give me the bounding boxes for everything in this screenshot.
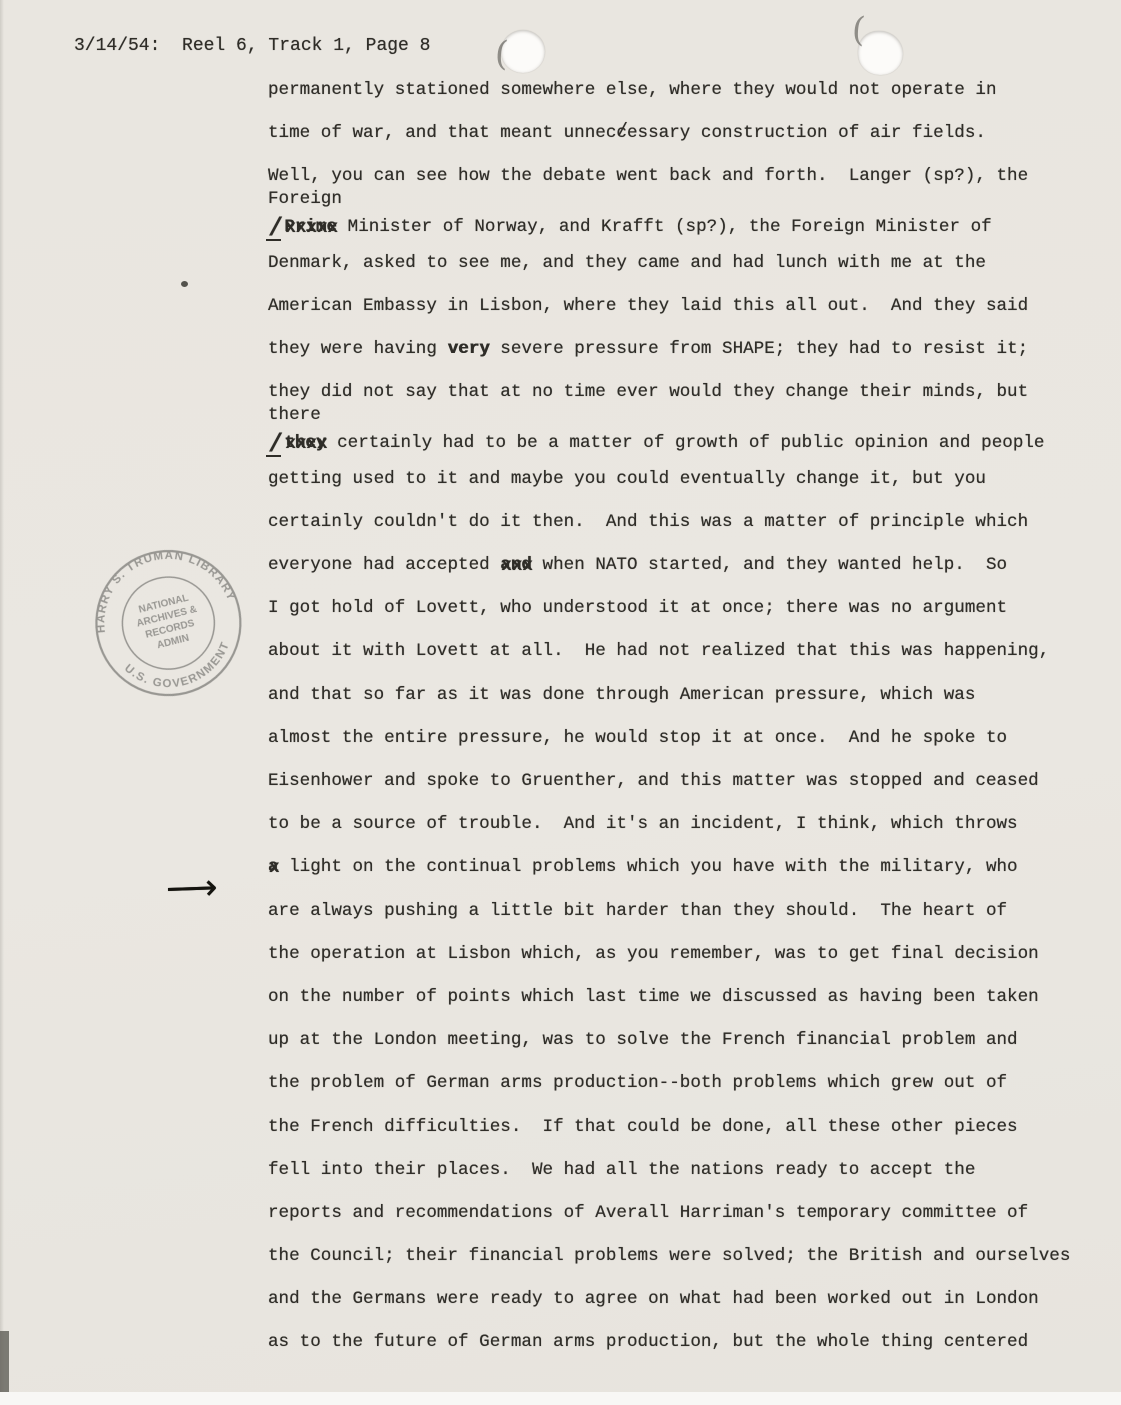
slashover-segment: c <box>616 123 627 143</box>
ink-speck <box>181 281 188 287</box>
body-line: time of war, and that meant unneccessary… <box>268 123 1098 166</box>
body-line: getting used to it and maybe you could e… <box>268 469 1098 512</box>
body-line: Eisenhower and spoke to Gruenther, and t… <box>268 771 1098 814</box>
body-line: Foreign/Prime Minister of Norway, and Kr… <box>268 210 1098 253</box>
text-segment: Eisenhower and spoke to Gruenther, and t… <box>268 771 1039 791</box>
pen-mark-right: ( <box>851 10 867 51</box>
inserted-word: there <box>268 405 321 425</box>
text-segment: permanently stationed somewhere else, wh… <box>268 80 997 100</box>
inserted-word: Foreign <box>268 189 342 209</box>
pen-mark-left: ( <box>494 34 510 75</box>
text-segment: reports and recommendations of Averall H… <box>268 1203 1028 1223</box>
text-segment: and the Germans were ready to agree on w… <box>268 1289 1039 1309</box>
text-segment: light on the continual problems which yo… <box>279 857 1018 877</box>
body-line: everyone had accepted and when NATO star… <box>268 555 1098 598</box>
body-line: they were having very severe pressure fr… <box>268 339 1098 382</box>
body-line: almost the entire pressure, he would sto… <box>268 728 1098 771</box>
bold-segment: very <box>448 339 490 359</box>
body-line: I got hold of Lovett, who understood it … <box>268 598 1098 641</box>
truman-library-stamp: HARRY S. TRUMAN LIBRARY U.S. GOVERNMENT … <box>65 520 272 731</box>
text-segment: on the number of points which last time … <box>268 987 1039 1007</box>
text-segment: they were having <box>268 339 448 359</box>
text-segment: everyone had accepted <box>268 555 500 575</box>
text-segment: fell into their places. We had all the n… <box>268 1160 975 1180</box>
body-line: permanently stationed somewhere else, wh… <box>268 80 1098 123</box>
body-line: the operation at Lisbon which, as you re… <box>268 944 1098 987</box>
text-segment: essary construction of air fields. <box>627 123 986 143</box>
text-segment: as to the future of German arms producti… <box>268 1332 1028 1352</box>
text-segment: almost the entire pressure, he would sto… <box>268 728 1007 748</box>
body-line: American Embassy in Lisbon, where they l… <box>268 296 1098 339</box>
text-segment: Denmark, asked to see me, and they came … <box>268 253 986 273</box>
text-segment: and that so far as it was done through A… <box>268 685 975 705</box>
text-segment: to be a source of trouble. And it's an i… <box>268 814 1018 834</box>
strike-segment: they <box>284 433 326 453</box>
body-line: and the Germans were ready to agree on w… <box>268 1289 1098 1332</box>
text-segment: up at the London meeting, was to solve t… <box>268 1030 1018 1050</box>
strike-segment: and <box>500 555 532 575</box>
text-segment: the Council; their financial problems we… <box>268 1246 1070 1266</box>
text-segment: I got hold of Lovett, who understood it … <box>268 598 1007 618</box>
body-line: the French difficulties. If that could b… <box>268 1117 1098 1160</box>
body-line: Well, you can see how the debate went ba… <box>268 166 1098 209</box>
stamp-bottom-text: U.S. GOVERNMENT <box>120 637 239 702</box>
text-segment: are always pushing a little bit harder t… <box>268 901 1007 921</box>
slash-segment: / <box>268 214 283 243</box>
body-line: on the number of points which last time … <box>268 987 1098 1030</box>
slash-segment: / <box>268 430 283 459</box>
text-segment: they did not say that at no time ever wo… <box>268 382 1028 402</box>
body-line: the problem of German arms production--b… <box>268 1073 1098 1116</box>
document-body: permanently stationed somewhere else, wh… <box>268 80 1098 1376</box>
body-line: to be a source of trouble. And it's an i… <box>268 814 1098 857</box>
text-segment: the problem of German arms production--b… <box>268 1073 1007 1093</box>
text-segment: the operation at Lisbon which, as you re… <box>268 944 1039 964</box>
body-line: the Council; their financial problems we… <box>268 1246 1098 1289</box>
strike-segment: Prime <box>284 217 337 237</box>
body-line: are always pushing a little bit harder t… <box>268 901 1098 944</box>
body-line: about it with Lovett at all. He had not … <box>268 641 1098 684</box>
text-segment: Well, you can see how the debate went ba… <box>268 166 1028 186</box>
text-segment: American Embassy in Lisbon, where they l… <box>268 296 1028 316</box>
body-line: fell into their places. We had all the n… <box>268 1160 1098 1203</box>
text-segment: certainly had to be a matter of growth o… <box>327 433 1045 453</box>
body-line: Denmark, asked to see me, and they came … <box>268 253 1098 296</box>
text-segment: getting used to it and maybe you could e… <box>268 469 986 489</box>
scanned-document-page: 3/14/54: Reel 6, Track 1, Page 8 ( ( HAR… <box>0 0 1121 1405</box>
text-segment: about it with Lovett at all. He had not … <box>268 641 1049 661</box>
body-line: and that so far as it was done through A… <box>268 685 1098 728</box>
body-line: certainly couldn't do it then. And this … <box>268 512 1098 555</box>
scan-edge-dark-strip <box>0 1331 9 1392</box>
text-segment: the French difficulties. If that could b… <box>268 1117 1018 1137</box>
text-segment: time of war, and that meant unnec <box>268 123 616 143</box>
scan-edge-bottom <box>0 1392 1121 1405</box>
text-segment: certainly couldn't do it then. And this … <box>268 512 1028 532</box>
text-segment: when NATO started, and they wanted help.… <box>532 555 1007 575</box>
body-line: up at the London meeting, was to solve t… <box>268 1030 1098 1073</box>
body-line: ⟶a light on the continual problems which… <box>268 857 1098 900</box>
page-header: 3/14/54: Reel 6, Track 1, Page 8 <box>74 36 430 56</box>
text-segment: Minister of Norway, and Krafft (sp?), th… <box>337 217 992 237</box>
text-segment: severe pressure from SHAPE; they had to … <box>490 339 1028 359</box>
scan-edge-shadow <box>0 0 4 1405</box>
margin-arrow-icon: ⟶ <box>165 870 218 908</box>
body-line: as to the future of German arms producti… <box>268 1332 1098 1375</box>
body-line: reports and recommendations of Averall H… <box>268 1203 1098 1246</box>
strike-segment: a <box>268 857 279 877</box>
body-line: there/they certainly had to be a matter … <box>268 426 1098 469</box>
body-line: they did not say that at no time ever wo… <box>268 382 1098 425</box>
